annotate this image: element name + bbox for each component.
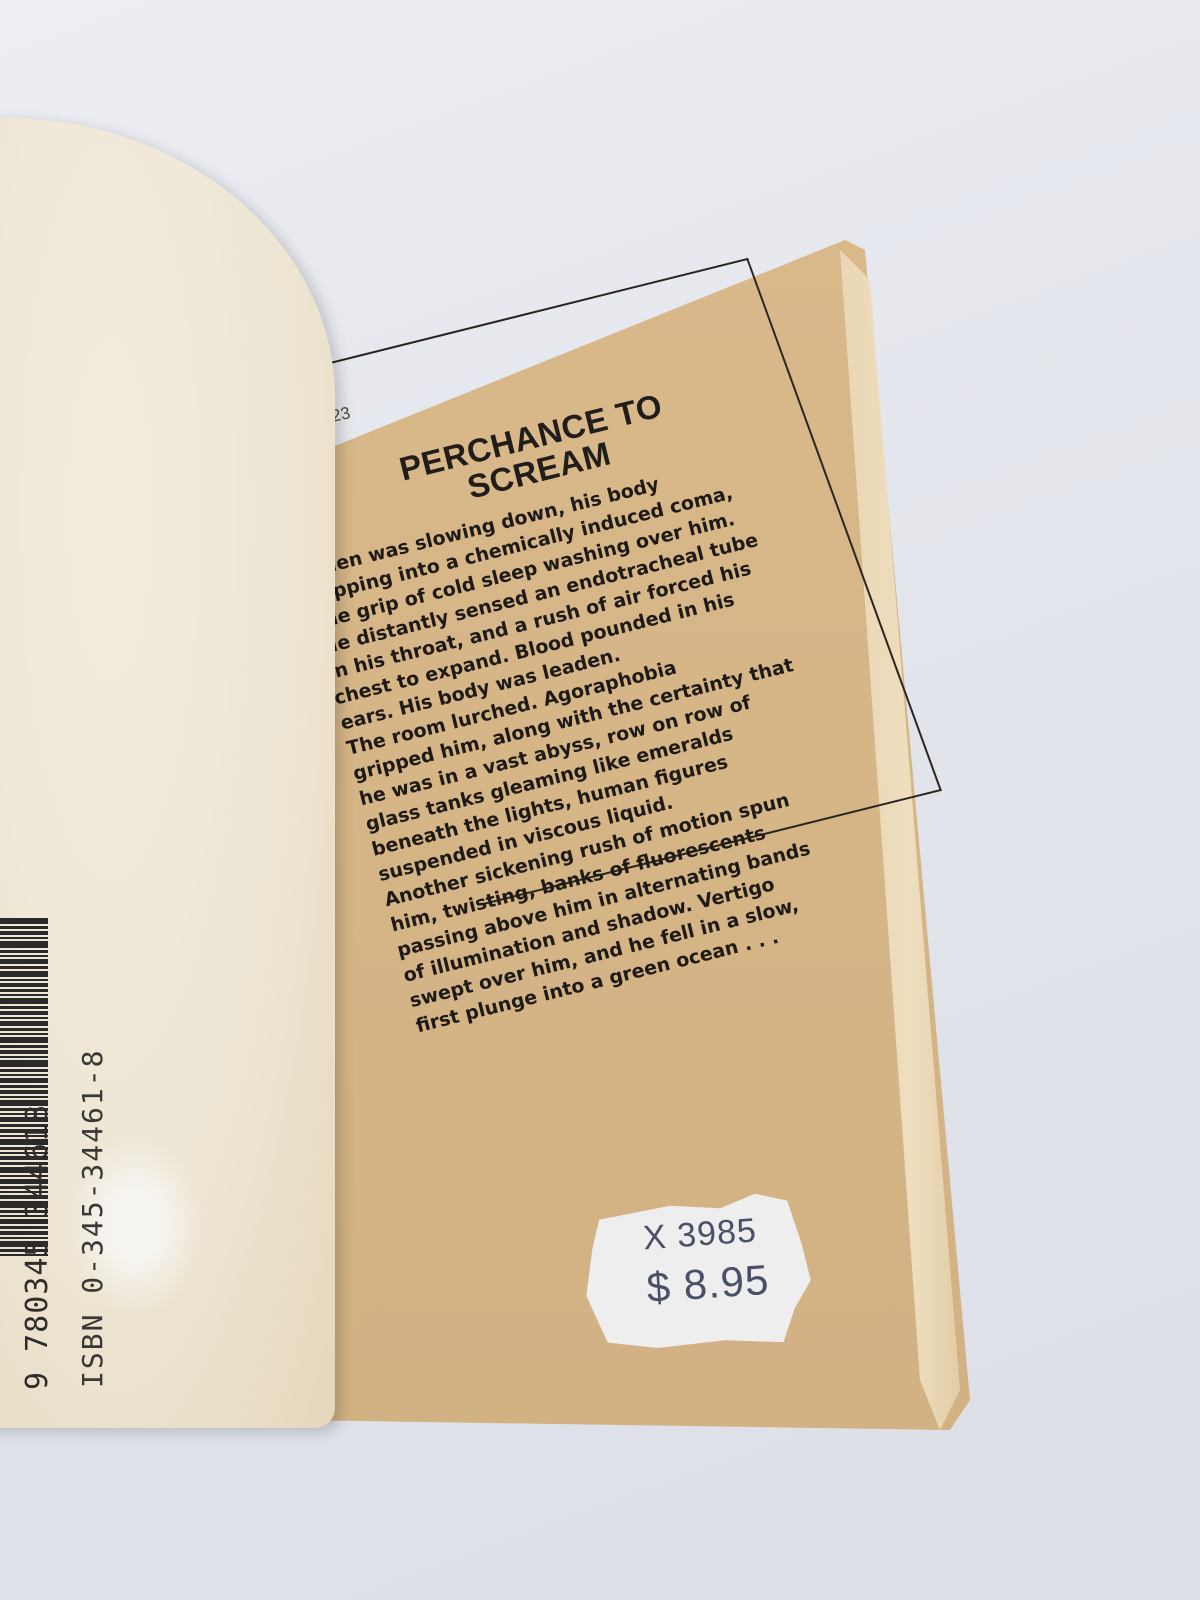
book-photo: 523 PERCHANCE TO SCREAM Rolen was slowin… (0, 0, 1200, 1600)
barcode-digits: 9 780345 344618 (20, 1104, 55, 1390)
price-sticker-text: X 3985 $ 8.95 (642, 1211, 771, 1312)
isbn-label: ISBN 0-345-34461-8 (76, 1049, 109, 1388)
sticker-code: X 3985 (642, 1211, 767, 1258)
sticker-price: $ 8.95 (645, 1256, 771, 1312)
